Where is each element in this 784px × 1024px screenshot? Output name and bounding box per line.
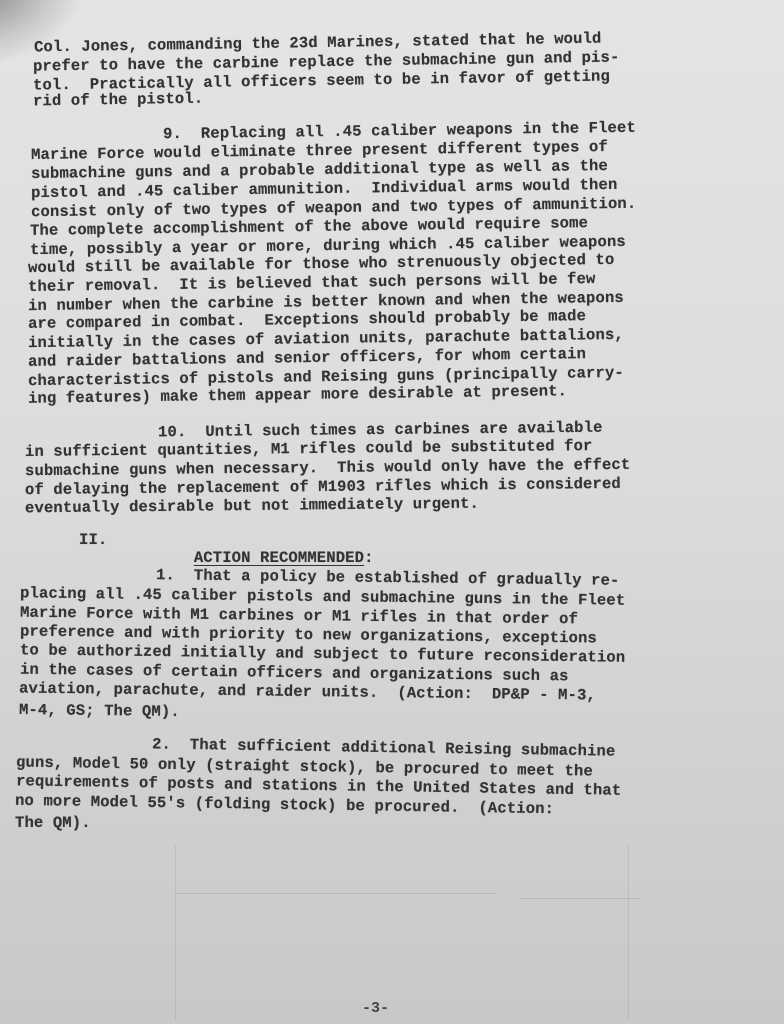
section-heading-text: ACTION RECOMMENDED [194, 549, 364, 567]
paragraph-10-line: eventually desirable but not immediately… [25, 495, 479, 518]
page-number: -3- [362, 1000, 389, 1017]
recommendation-1-line: M-4, GS; The QM). [19, 701, 180, 721]
recommendation-2-line: The QM). [15, 814, 91, 832]
intro-line: rid of the pistol. [33, 90, 204, 111]
section-heading-colon: : [364, 549, 373, 567]
document-page: Col. Jones, commanding the 23d Marines, … [0, 0, 784, 1024]
section-number: II. [79, 531, 107, 549]
